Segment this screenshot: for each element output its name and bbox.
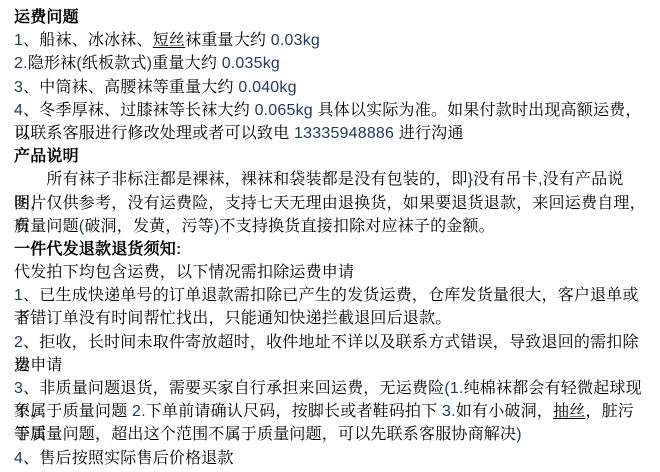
product-desc-line-3-seg-4: 不支持换货直接扣除对应袜子的金额。 <box>219 218 494 235</box>
shipping-item-2-seg-5: 重量大约 <box>152 55 221 72</box>
product-desc-line-1-seg-2: 没有吊卡 <box>473 171 538 188</box>
refund-item-2-line-1: 2、拒收，长时间未取件寄放超时，收件地址不详以及联系方式错误，导致退回的需扣除运 <box>14 331 648 354</box>
heading-dropship-refund-notice-seg-0: 一件代发退款退货须知 <box>14 241 176 258</box>
shipping-item-3: 3、中筒袜、高腰袜等重量大约 0.040kg <box>14 76 648 99</box>
shipping-item-4-line-1: 4、冬季厚袜、过膝袜等长袜大约 0.065kg 具体以实际为准。如果付款时出现高… <box>14 99 648 122</box>
document-body: 运费问题1、船袜、冰冰袜、短丝袜重量大约 0.03kg2.隐形袜(纸板款式)重量… <box>0 0 660 470</box>
refund-intro-seg-0: 代发拍下均包含运费，以下情况需扣除运费申请 <box>14 264 354 281</box>
refund-item-3-line-3-seg-1: ) <box>516 426 522 443</box>
product-desc-line-3-seg-0: 质量问题 <box>14 218 79 235</box>
shipping-item-1: 1、船袜、冰冰袜、短丝袜重量大约 0.03kg <box>14 29 648 52</box>
refund-item-3-line-3-seg-0: 于质量问题，超出这个范围不属于质量问题，可以先联系客服协商解决 <box>14 426 516 443</box>
shipping-item-3-seg-1: 、中筒袜、高腰袜等重量大约 <box>23 79 238 96</box>
shipping-item-4-line-1-seg-1: 、冬季厚袜、过膝袜等长袜大约 <box>23 102 254 119</box>
refund-item-1-line-1-seg-0: 1 <box>14 287 23 304</box>
refund-item-2-line-2-seg-0: 费申请 <box>14 357 63 374</box>
shipping-item-2-seg-6: 0.035kg <box>222 55 280 72</box>
product-desc-line-1-seg-0: 所有袜子非标注都是裸袜，裸袜和袋装都是没有包装的，即 <box>14 171 468 188</box>
refund-item-1-line-1: 1、已生成快递单号的订单退款需扣除已产生的发货运费，仓库发货量很大，客户退单或者 <box>14 284 648 307</box>
refund-item-2-line-1-seg-0: 2 <box>14 334 23 351</box>
refund-item-3-line-2-seg-4: 如有小破洞， <box>456 403 553 420</box>
refund-item-3-line-2-seg-5: 抽丝 <box>553 403 585 420</box>
heading-product-description: 产品说明 <box>14 145 648 168</box>
shipping-item-2-seg-1: 隐形袜 <box>28 55 77 72</box>
shipping-item-1-seg-2: 短丝 <box>153 32 185 49</box>
refund-item-3-line-3: 于质量问题，超出这个范围不属于质量问题，可以先联系客服协商解决) <box>14 423 648 446</box>
heading-shipping-fee: 运费问题 <box>14 6 648 29</box>
shipping-item-4-line-2: 以联系客服进行修改处理或者可以致电 13335948886 进行沟通 <box>14 122 648 145</box>
product-desc-line-3: 质量问题(破洞，发黄，污等)不支持换货直接扣除对应袜子的金额。 <box>14 215 648 238</box>
product-desc-line-1: 所有袜子非标注都是裸袜，裸袜和袋装都是没有包装的，即}没有吊卡,没有产品说明， <box>14 168 648 191</box>
product-desc-line-2: 图片仅供参考，没有运费险，支持七天无理由退换货，如果要退货退款，来回运费自理，有 <box>14 192 648 215</box>
refund-item-3-line-2: 不属于质量问题 2.下单前请确认尺码，按脚长或者鞋码拍下 3.如有小破洞，抽丝，… <box>14 400 648 423</box>
shipping-item-1-seg-4: 0.03kg <box>271 32 320 49</box>
heading-shipping-fee-seg-0: 运费问题 <box>14 9 79 26</box>
heading-dropship-refund-notice-seg-1: : <box>176 241 182 258</box>
shipping-item-1-seg-0: 1 <box>14 32 23 49</box>
shipping-item-4-line-1-seg-2: 0.065kg <box>255 102 313 119</box>
refund-item-4-seg-1: 、售后按照实际售后价格退款 <box>23 450 234 467</box>
shipping-item-2: 2.隐形袜(纸板款式)重量大约 0.035kg <box>14 52 648 75</box>
refund-item-3-line-1-seg-2: (1. <box>444 380 463 397</box>
shipping-item-1-seg-1: 、船袜、冰冰袜、 <box>23 32 153 49</box>
refund-item-3-line-2-seg-2: 下单前请确认尺码，按脚长或者鞋码拍下 <box>146 403 442 420</box>
shipping-item-4-line-2-seg-1: 13335948886 <box>294 125 394 142</box>
refund-item-1-line-2-seg-0: 下错订单没有时间帮忙找出，只能通知快递拦截退回后退款。 <box>14 310 451 327</box>
shipping-item-4-line-2-seg-2: 进行沟通 <box>394 125 463 142</box>
shipping-item-2-seg-3: 纸板款式 <box>82 55 147 72</box>
heading-product-description-seg-0: 产品说明 <box>14 148 79 165</box>
refund-item-2-line-2: 费申请 <box>14 354 648 377</box>
refund-item-4-seg-0: 4 <box>14 450 23 467</box>
shipping-item-4-line-1-seg-0: 4 <box>14 102 23 119</box>
refund-intro: 代发拍下均包含运费，以下情况需扣除运费申请 <box>14 261 648 284</box>
shipping-item-1-seg-3: 袜重量大约 <box>185 32 271 49</box>
refund-item-3-line-2-seg-0: 不属于质量问题 <box>14 403 132 420</box>
refund-item-3-line-1-seg-0: 3 <box>14 380 23 397</box>
refund-item-3-line-1-seg-1: 、非质量问题退货，需要买家自行承担来回运费，无运费险 <box>23 380 444 397</box>
shipping-item-2-seg-0: 2. <box>14 55 28 72</box>
shipping-item-4-line-2-seg-0: 以联系客服进行修改处理或者可以致电 <box>14 125 294 142</box>
refund-item-3-line-2-seg-1: 2. <box>132 403 146 420</box>
shipping-item-3-seg-2: 0.040kg <box>238 79 296 96</box>
refund-item-1-line-2: 下错订单没有时间帮忙找出，只能通知快递拦截退回后退款。 <box>14 307 648 330</box>
heading-dropship-refund-notice: 一件代发退款退货须知: <box>14 238 648 261</box>
product-desc-line-3-seg-2: 破洞，发黄，污等 <box>84 218 214 235</box>
refund-item-4: 4、售后按照实际售后价格退款 <box>14 447 648 470</box>
refund-item-3-line-2-seg-3: 3. <box>442 403 456 420</box>
shipping-item-3-seg-0: 3 <box>14 79 23 96</box>
refund-item-3-line-1: 3、非质量问题退货，需要买家自行承担来回运费，无运费险(1.纯棉袜都会有轻微起球… <box>14 377 648 400</box>
